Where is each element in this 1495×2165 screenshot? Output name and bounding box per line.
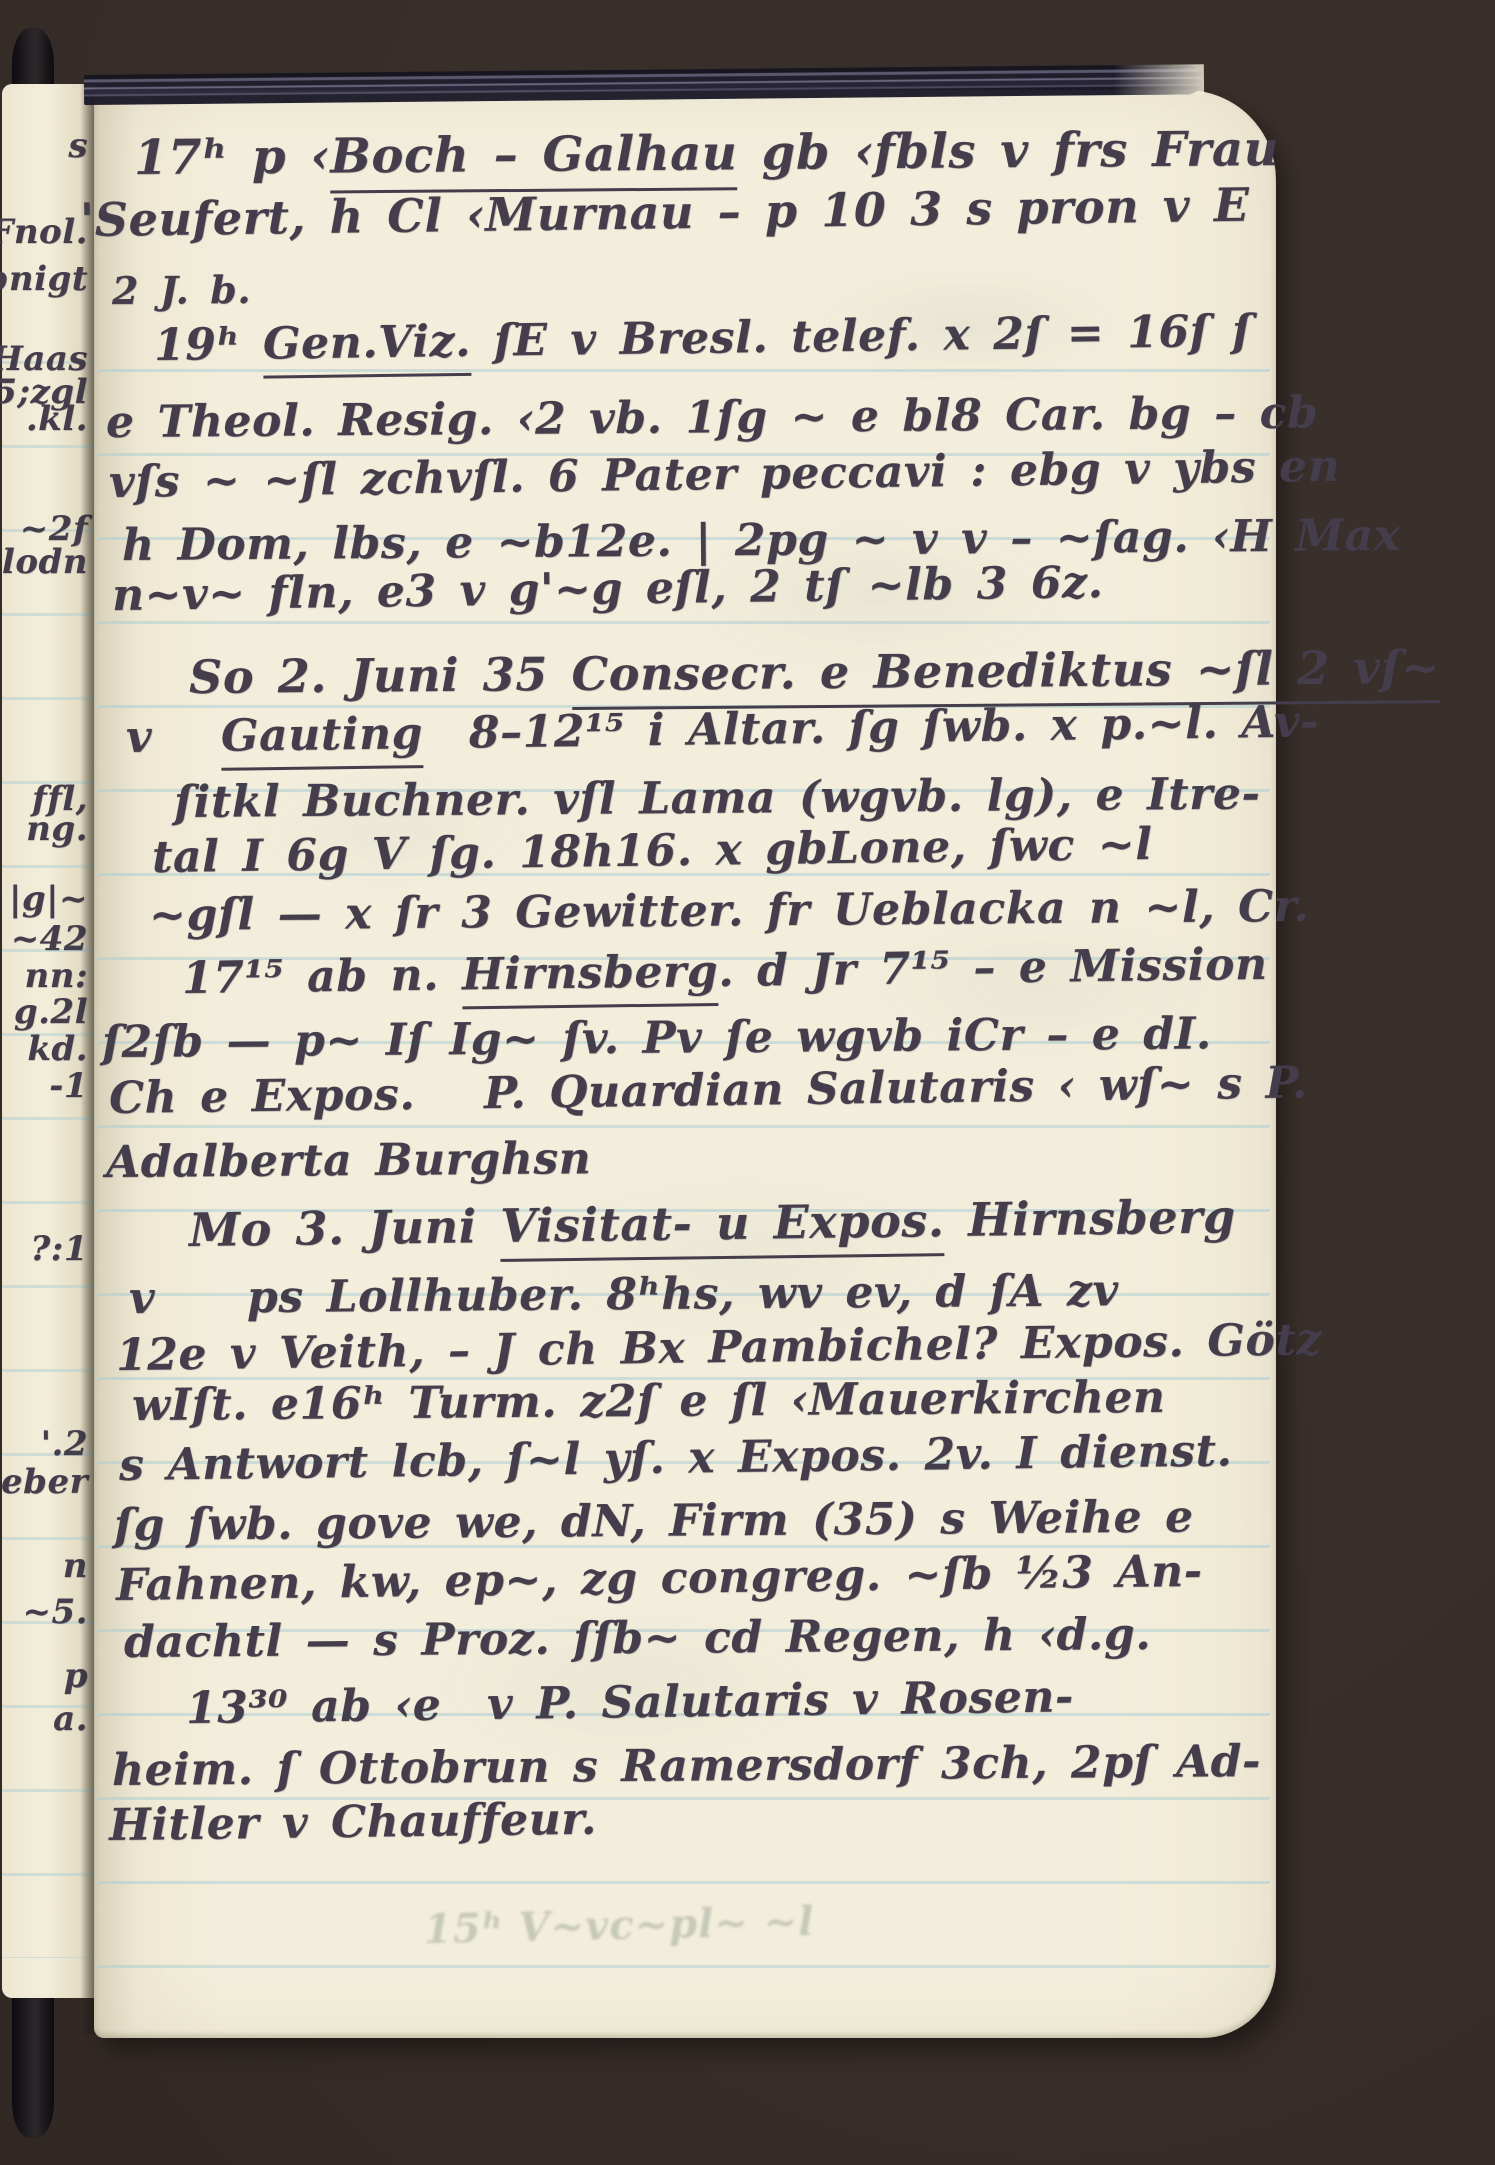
handwriting-text: Mo 3. Juni bbox=[189, 1199, 501, 1257]
show-through-text: 15ʰ V~vc~pl~ ~l bbox=[424, 1898, 815, 1953]
handwriting-text: v ps Lollhuber. 8ʰhs, wv ev, d ſA zv bbox=[129, 1265, 1119, 1324]
handwriting-line: Adalberta Burghsn bbox=[106, 1133, 592, 1188]
handwriting-text: v bbox=[126, 711, 222, 763]
handwriting-text: heim. ſ Ottobrun s Ramersdorf 3ch, 2pſ A… bbox=[112, 1736, 1261, 1796]
notebook-page: 17ʰ p ‹Boch – Galhau gb ‹fbls v frs Frau… bbox=[94, 90, 1276, 2038]
handwriting-text: Adalberta Burghsn bbox=[106, 1133, 592, 1188]
left-page-text-fragment: bnigt bbox=[0, 259, 88, 299]
notebook-photograph: sFnol.bnigtHaas5;zgl.kl.~2flodnffl,ng.|g… bbox=[0, 0, 1495, 2165]
handwriting: 17ʰ p ‹Boch – Galhau gb ‹fbls v frs Frau… bbox=[94, 90, 1276, 2038]
handwriting-line: Fahnen, kw, ep~, zg congreg. ~ſb ½3 An- bbox=[116, 1546, 1203, 1611]
left-page-text-fragment: nn: bbox=[25, 956, 89, 996]
handwriting-line: ſ2ſb — p~ Iſ Ig~ ſv. Pv ſe wgvb iCr – e … bbox=[102, 1008, 1212, 1068]
left-page-text-fragment: lodn bbox=[2, 542, 88, 582]
handwriting-text: Hirnsberg bbox=[944, 1189, 1236, 1247]
handwriting-text: ſg ſwb. gove we, dN, Firm (35) s Weihe e bbox=[114, 1492, 1194, 1551]
handwriting-text: Hitler v Chauffeur. bbox=[109, 1794, 598, 1851]
left-page-text-fragment: ~5. bbox=[23, 1592, 88, 1632]
handwriting-text: e Theol. Resig. ‹2 vb. 1ſg ~ e bl8 Car. … bbox=[106, 387, 1319, 448]
handwriting-line: heim. ſ Ottobrun s Ramersdorf 3ch, 2pſ A… bbox=[112, 1736, 1261, 1796]
handwriting-line: Hitler v Chauffeur. bbox=[109, 1794, 598, 1851]
handwriting-text: gb ‹fbls v frs Frau bbox=[737, 121, 1279, 181]
left-page-text-fragment: kd. bbox=[27, 1029, 88, 1069]
handwriting-line: v ps Lollhuber. 8ʰhs, wv ev, d ſA zv bbox=[129, 1265, 1119, 1324]
handwriting-line: Ch e Expos. P. Quardian Salutaris ‹ wſ~ … bbox=[109, 1057, 1308, 1124]
handwriting-line: s Antwort lcb, ſ~l yſ. x Expos. 2v. I di… bbox=[119, 1425, 1233, 1491]
handwriting-text: 8–12¹⁵ i Altar. ſg ſwb. x p.~l. Av- bbox=[423, 696, 1320, 759]
handwriting-text: . d Jr 7¹⁵ – e Mission bbox=[718, 939, 1268, 997]
handwriting-line: 12e v Veith, – J ch Bx Pambichel? Expos.… bbox=[116, 1314, 1323, 1381]
handwriting-line: So 2. Juni 35 Consecr. e Benediktus ~ſl … bbox=[189, 640, 1441, 704]
handwriting-line: Mo 3. Juni Visitat- u Expos. Hirnsberg bbox=[189, 1189, 1236, 1257]
left-page-text-fragment: ng. bbox=[26, 809, 88, 849]
handwriting-text: 13³⁰ ab ‹e v P. Salutaris v Rosen- bbox=[186, 1671, 1074, 1734]
handwriting-text: Fahnen, kw, ep~, zg congreg. ~ſb ½3 An- bbox=[116, 1546, 1203, 1611]
handwriting-text: 12e v Veith, – J ch Bx Pambichel? Expos.… bbox=[116, 1314, 1323, 1381]
handwriting-line: dachtl — s Proz. ſſb~ cd Regen, h ‹d.g. bbox=[124, 1609, 1152, 1668]
handwriting-line: tal I 6g V ſg. 18h16. x gbLone, ſwc ~l bbox=[152, 819, 1153, 883]
handwriting-line: e Theol. Resig. ‹2 vb. 1ſg ~ e bl8 Car. … bbox=[106, 387, 1319, 448]
handwriting-text: 17¹⁵ ab n. bbox=[182, 949, 463, 1004]
handwriting-text: 'Seufert, h Cl ‹Murnau – p 10 3 s pron v… bbox=[80, 178, 1250, 247]
left-page-text-fragment: .kl. bbox=[26, 399, 88, 439]
underlined-heading-text: Hirnsberg bbox=[462, 946, 719, 1009]
left-page-text-fragment: Fnol. bbox=[0, 212, 88, 252]
handwriting-text: vſs ~ ~ſl zchvſl. 6 Pater peccavi : ebg … bbox=[109, 441, 1341, 508]
handwriting-line: wIſt. e16ʰ Turm. z2ſ e ſl ‹Mauerkirchen bbox=[132, 1372, 1166, 1431]
underlined-heading-text: Visitat- u Expos. bbox=[500, 1193, 945, 1262]
handwriting-text: Ch e Expos. P. Quardian Salutaris ‹ wſ~ … bbox=[109, 1057, 1308, 1124]
handwriting-text: wIſt. e16ʰ Turm. z2ſ e ſl ‹Mauerkirchen bbox=[132, 1372, 1166, 1431]
handwriting-line: vſs ~ ~ſl zchvſl. 6 Pater peccavi : ebg … bbox=[109, 441, 1341, 508]
underlined-heading-text: Gauting bbox=[221, 708, 424, 771]
handwriting-text: ſ2ſb — p~ Iſ Ig~ ſv. Pv ſe wgvb iCr – e … bbox=[102, 1008, 1212, 1068]
handwriting-line: ~gſl — x ſr 3 Gewitter. fr Ueblacka n ~l… bbox=[149, 881, 1310, 941]
left-page-text-fragment: chieber bbox=[0, 1462, 88, 1502]
handwriting-line: 'Seufert, h Cl ‹Murnau – p 10 3 s pron v… bbox=[80, 178, 1250, 247]
handwriting-text: 17ʰ p ‹ bbox=[134, 128, 331, 186]
handwriting-line: 2 J. b. bbox=[112, 267, 252, 313]
left-page-text-fragment: ~42 bbox=[11, 919, 88, 959]
left-page-text-fragment: |g|~ bbox=[9, 879, 88, 919]
handwriting-line: 13³⁰ ab ‹e v P. Salutaris v Rosen- bbox=[186, 1671, 1074, 1734]
handwriting-text: tal I 6g V ſg. 18h16. x gbLone, ſwc ~l bbox=[152, 819, 1153, 883]
underlined-heading-text: Boch – Galhau bbox=[330, 125, 738, 193]
handwriting-line: ſg ſwb. gove we, dN, Firm (35) s Weihe e bbox=[114, 1492, 1194, 1551]
handwriting-text: ~gſl — x ſr 3 Gewitter. fr Ueblacka n ~l… bbox=[149, 881, 1310, 941]
handwriting-text: 19ʰ bbox=[154, 319, 264, 371]
handwriting-text: ſE v Bresl. telef. x 2ſ = 16ſ ſ bbox=[471, 306, 1252, 367]
handwriting-line: 19ʰ Gen.Viz. ſE v Bresl. telef. x 2ſ = 1… bbox=[154, 306, 1252, 371]
handwriting-text: s Antwort lcb, ſ~l yſ. x Expos. 2v. I di… bbox=[119, 1425, 1233, 1491]
handwriting-line: 17¹⁵ ab n. Hirnsberg. d Jr 7¹⁵ – e Missi… bbox=[182, 939, 1268, 1004]
underlined-heading-text: Gen.Viz. bbox=[263, 316, 472, 379]
handwriting-line: 17ʰ p ‹Boch – Galhau gb ‹fbls v frs Frau bbox=[134, 121, 1280, 186]
handwriting-text: dachtl — s Proz. ſſb~ cd Regen, h ‹d.g. bbox=[124, 1609, 1152, 1668]
handwriting-text: 2 J. b. bbox=[112, 267, 252, 313]
handwriting-text: So 2. Juni 35 bbox=[189, 647, 572, 704]
left-page-text-fragment: g.2l bbox=[14, 992, 88, 1032]
handwriting-line: v Gauting 8–12¹⁵ i Altar. ſg ſwb. x p.~l… bbox=[126, 696, 1320, 763]
